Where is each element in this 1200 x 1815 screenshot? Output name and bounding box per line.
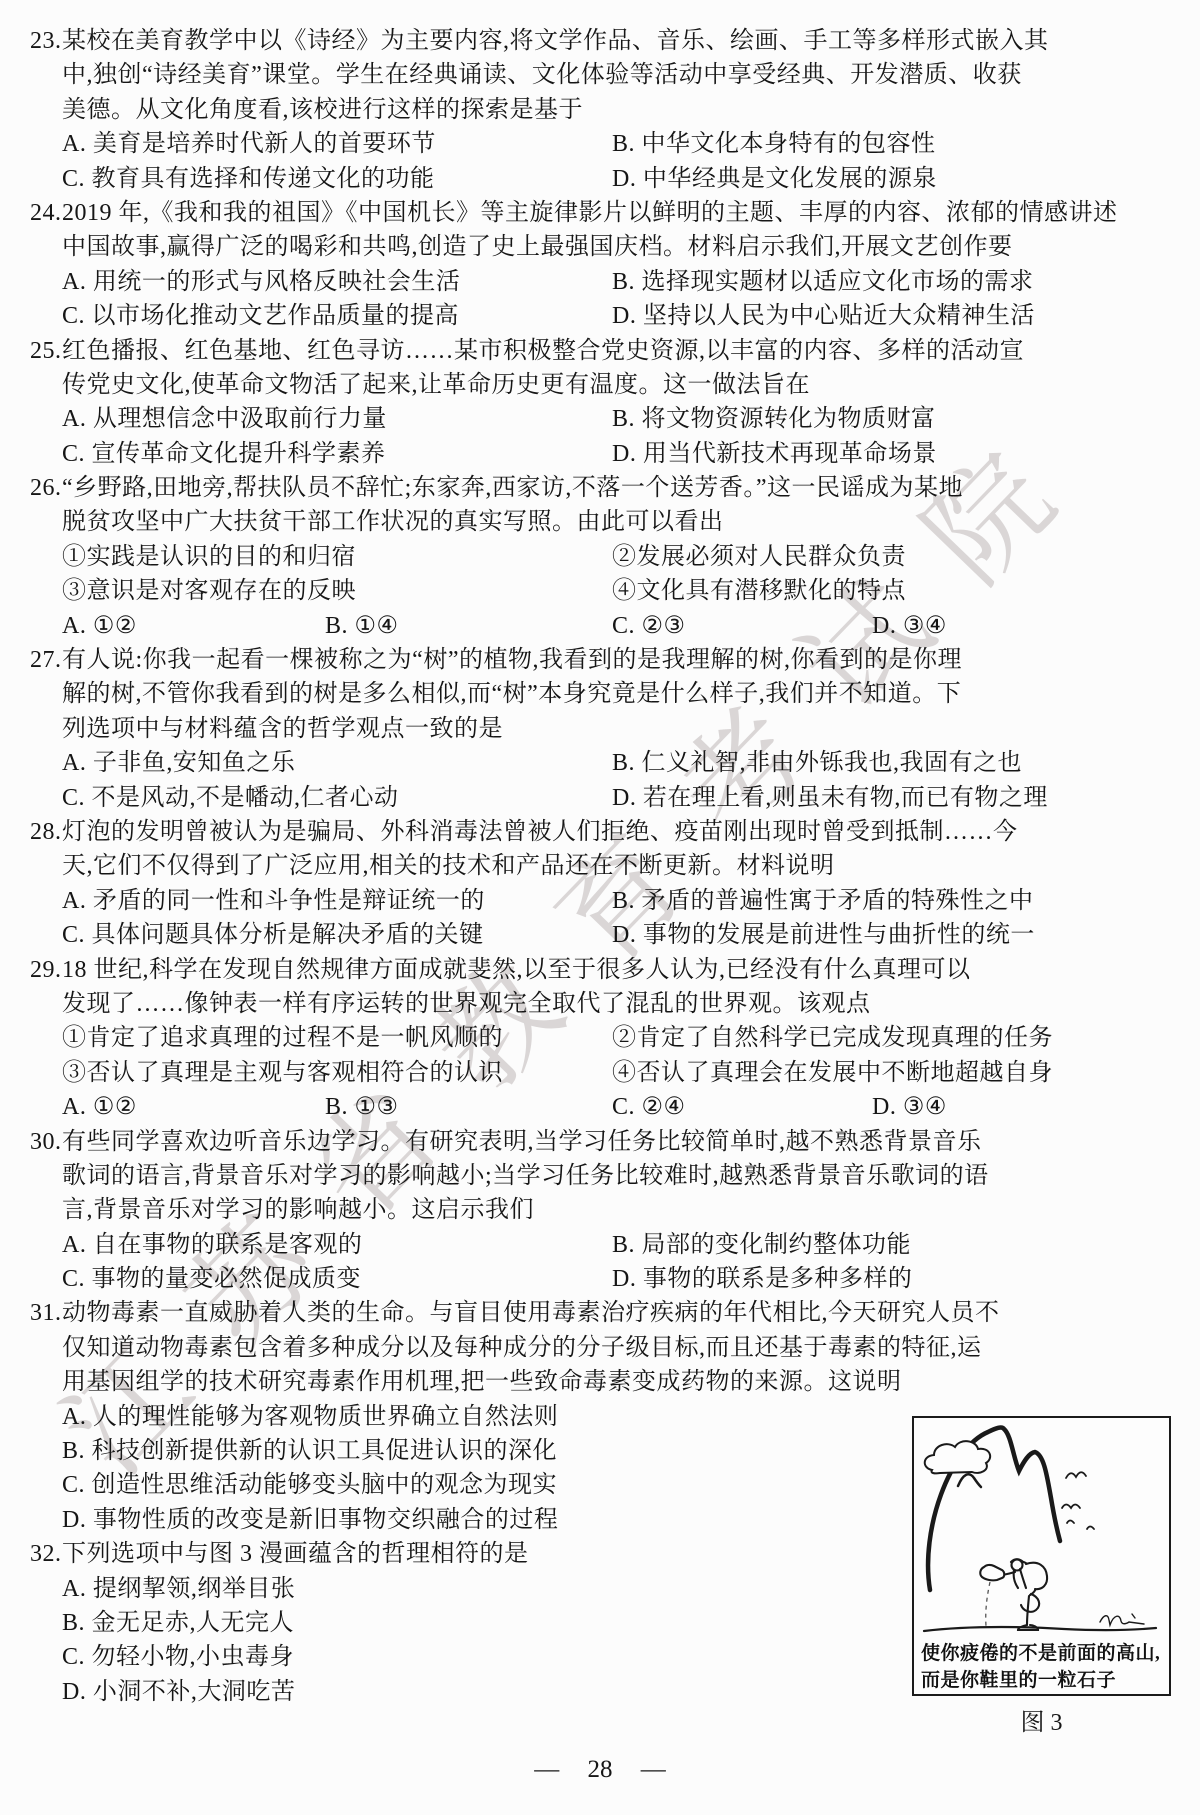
stone-trail-icon: [986, 1582, 990, 1626]
question-24-line-1: 中国故事,赢得广泛的喝彩和共鸣,创造了史上最强国庆档。材料启示我们,开展文艺创作…: [30, 230, 1075, 264]
question-24-stem-text: 2019 年,《我和我的祖国》《中国机长》等主旋律影片以鲜明的主题、丰厚的内容、…: [62, 196, 1118, 230]
question-23-line-1: 中,独创“诗经美育”课堂。学生在经典诵读、文化体验等活动中享受经典、开发潜质、收…: [30, 58, 1075, 92]
question-29-text-line: 发现了……像钟表一样有序运转的世界观完全取代了混乱的世界观。该观点: [62, 987, 871, 1021]
question-23-option-right: D. 中华经典是文化发展的源泉: [612, 162, 937, 196]
question-29-line-1: 发现了……像钟表一样有序运转的世界观完全取代了混乱的世界观。该观点: [30, 987, 1075, 1021]
question-29-option-left: ③否认了真理是主观与客观相符合的认识: [62, 1056, 503, 1090]
question-30-number: 30.: [30, 1125, 62, 1159]
question-32-text-line: D. 小洞不补,大洞吃苦: [62, 1675, 295, 1709]
question-31-number: 31.: [30, 1296, 62, 1330]
question-31-text-line: C. 创造性思维活动能够变头脑中的观念为现实: [62, 1468, 557, 1502]
question-27-text-line: 列选项中与材料蕴含的哲学观点一致的是: [62, 712, 503, 746]
question-30-option-left: C. 事物的量变必然促成质变: [62, 1262, 361, 1296]
question-26-line-2: ①实践是认识的目的和归宿②发展必须对人民群众负责: [30, 540, 1075, 574]
question-30-line-3: A. 自在事物的联系是客观的B. 局部的变化制约整体功能: [30, 1228, 1075, 1262]
question-28-stem-text: 灯泡的发明曾被认为是骗局、外科消毒法曾被人们拒绝、疫苗刚出现时曾受到抵制……今: [62, 815, 1018, 849]
question-31-text-line: 仅知道动物毒素包含着多种成分以及每种成分的分子级目标,而且还基于毒素的特征,运: [62, 1331, 982, 1365]
question-25-line-2: A. 从理想信念中汲取前行力量B. 将文物资源转化为物质财富: [30, 402, 1075, 436]
question-31-text-line: B. 科技创新提供新的认识工具促进认识的深化: [62, 1434, 557, 1468]
figure-caption-line-1: 使你疲倦的不是前面的高山,: [921, 1638, 1160, 1665]
question-32-number: 32.: [30, 1537, 62, 1571]
question-23-text-line: 中,独创“诗经美育”课堂。学生在经典诵读、文化体验等活动中享受经典、开发潜质、收…: [62, 58, 1022, 92]
question-29-line-4: A. ①②B. ①③C. ②④D. ③④: [30, 1090, 1075, 1124]
question-30-option-right: D. 事物的联系是多种多样的: [612, 1262, 912, 1296]
question-31-stem-text: 动物毒素一直威胁着人类的生命。与盲目使用毒素治疗疾病的年代相比,今天研究人员不: [62, 1296, 1000, 1330]
question-25-line-1: 传党史文化,使革命文物活了起来,让革命历史更有温度。这一做法旨在: [30, 368, 1075, 402]
question-29-number: 29.: [30, 953, 62, 987]
question-25-option-left: C. 宣传革命文化提升科学素养: [62, 437, 386, 471]
question-30-line-4: C. 事物的量变必然促成质变D. 事物的联系是多种多样的: [30, 1262, 1075, 1296]
exam-page: 江苏省教育考试院 23.某校在美育教学中以《诗经》为主要内容,将文学作品、音乐、…: [0, 0, 1200, 1815]
question-26-number: 26.: [30, 471, 62, 505]
question-27-line-2: 列选项中与材料蕴含的哲学观点一致的是: [30, 712, 1075, 746]
figure-label: 图 3: [912, 1702, 1171, 1737]
question-27-text-line: 解的树,不管你我看到的树是多么相似,而“树”本身究竟是什么样子,我们并不知道。下: [62, 677, 961, 711]
question-25-stem-text: 红色播报、红色基地、红色寻访……某市积极整合党史资源,以丰富的内容、多样的活动宣: [62, 334, 1024, 368]
question-29-answer-choice-2: C. ②④: [612, 1090, 686, 1124]
question-23-line-3: A. 美育是培养时代新人的首要环节B. 中华文化本身特有的包容性: [30, 127, 1075, 161]
question-30-line-0: 30.有些同学喜欢边听音乐边学习。有研究表明,当学习任务比较简单时,越不熟悉背景…: [30, 1125, 1075, 1159]
figure-caption-line-2: 而是你鞋里的一粒石子: [921, 1665, 1116, 1692]
question-25-option-right: B. 将文物资源转化为物质财富: [612, 402, 936, 436]
artist-signature-icon: [1100, 1614, 1144, 1625]
question-25-text-line: 传党史文化,使革命文物活了起来,让革命历史更有温度。这一做法旨在: [62, 368, 810, 402]
question-31-text-line: 用基因组学的技术研究毒素作用机理,把一些致命毒素变成药物的来源。这说明: [62, 1365, 902, 1399]
question-26-text-line: 脱贫攻坚中广大扶贫干部工作状况的真实写照。由此可以看出: [62, 505, 724, 539]
cartoon-drawing: [914, 1418, 1168, 1634]
question-27-option-right: D. 若在理上看,则虽未有物,而已有物之理: [612, 781, 1048, 815]
question-27-line-1: 解的树,不管你我看到的树是多么相似,而“树”本身究竟是什么样子,我们并不知道。下: [30, 677, 1075, 711]
question-25-number: 25.: [30, 334, 62, 368]
question-26-answer-choice-3: D. ③④: [872, 609, 947, 643]
question-24-option-right: D. 坚持以人民为中心贴近大众精神生活: [612, 299, 1035, 333]
question-29-answer-choice-3: D. ③④: [872, 1090, 947, 1124]
question-24-option-right: B. 选择现实题材以适应文化市场的需求: [612, 265, 1034, 299]
question-26-option-right: ④文化具有潜移默化的特点: [612, 574, 906, 608]
ground-icon: [924, 1627, 1156, 1631]
page-number: — 28 —: [0, 1756, 1200, 1784]
question-23-line-2: 美德。从文化角度看,该校进行这样的探索是基于: [30, 93, 1075, 127]
question-29-option-left: ①肯定了追求真理的过程不是一帆风顺的: [62, 1021, 503, 1055]
question-30-stem-text: 有些同学喜欢边听音乐边学习。有研究表明,当学习任务比较简单时,越不熟悉背景音乐: [62, 1125, 982, 1159]
question-26-stem-text: “乡野路,田地旁,帮扶队员不辞忙;东家奔,西家访,不落一个送芳香。”这一民谣成为…: [62, 471, 963, 505]
birds-icon: [1062, 1472, 1094, 1529]
hiker-emptying-shoe-icon: [980, 1559, 1047, 1630]
question-23-line-4: C. 教育具有选择和传递文化的功能D. 中华经典是文化发展的源泉: [30, 162, 1075, 196]
question-27-line-0: 27.有人说:你我一起看一棵被称之为“树”的植物,我看到的是我理解的树,你看到的…: [30, 643, 1075, 677]
question-26-answer-choice-0: A. ①②: [62, 609, 137, 643]
question-23-stem-text: 某校在美育教学中以《诗经》为主要内容,将文学作品、音乐、绘画、手工等多样形式嵌入…: [62, 24, 1049, 58]
question-26-line-0: 26.“乡野路,田地旁,帮扶队员不辞忙;东家奔,西家访,不落一个送芳香。”这一民…: [30, 471, 1075, 505]
question-28-text-line: 天,它们不仅得到了广泛应用,相关的技术和产品还在不断更新。材料说明: [62, 849, 835, 883]
question-23-number: 23.: [30, 24, 62, 58]
question-27-line-4: C. 不是风动,不是幡动,仁者心动D. 若在理上看,则虽未有物,而已有物之理: [30, 781, 1075, 815]
question-27-line-3: A. 子非鱼,安知鱼之乐B. 仁义礼智,非由外铄我也,我固有之也: [30, 746, 1075, 780]
question-27-option-right: B. 仁义礼智,非由外铄我也,我固有之也: [612, 746, 1022, 780]
figure-3-cartoon: 使你疲倦的不是前面的高山, 而是你鞋里的一粒石子: [912, 1416, 1171, 1696]
question-31-line-0: 31.动物毒素一直威胁着人类的生命。与盲目使用毒素治疗疾病的年代相比,今天研究人…: [30, 1296, 1075, 1330]
question-25-line-3: C. 宣传革命文化提升科学素养D. 用当代新技术再现革命场景: [30, 437, 1075, 471]
question-28-line-0: 28.灯泡的发明曾被认为是骗局、外科消毒法曾被人们拒绝、疫苗刚出现时曾受到抵制……: [30, 815, 1075, 849]
question-30-text-line: 言,背景音乐对学习的影响越小。这启示我们: [62, 1193, 534, 1227]
question-32-text-line: B. 金无足赤,人无完人: [62, 1606, 294, 1640]
question-29-line-3: ③否认了真理是主观与客观相符合的认识④否认了真理会在发展中不断地超越自身: [30, 1056, 1075, 1090]
question-26-line-4: A. ①②B. ①④C. ②③D. ③④: [30, 609, 1075, 643]
question-30-line-1: 歌词的语言,背景音乐对学习的影响越小;当学习任务比较难时,越熟悉背景音乐歌词的语: [30, 1159, 1075, 1193]
question-30-line-2: 言,背景音乐对学习的影响越小。这启示我们: [30, 1193, 1075, 1227]
question-31-text-line: D. 事物性质的改变是新旧事物交织融合的过程: [62, 1503, 558, 1537]
question-23-line-0: 23.某校在美育教学中以《诗经》为主要内容,将文学作品、音乐、绘画、手工等多样形…: [30, 24, 1075, 58]
question-24-number: 24.: [30, 196, 62, 230]
question-27-stem-text: 有人说:你我一起看一棵被称之为“树”的植物,我看到的是我理解的树,你看到的是你理: [62, 643, 962, 677]
question-29-answer-choice-0: A. ①②: [62, 1090, 137, 1124]
question-28-line-2: A. 矛盾的同一性和斗争性是辩证统一的B. 矛盾的普遍性寓于矛盾的特殊性之中: [30, 884, 1075, 918]
question-32-stem-text: 下列选项中与图 3 漫画蕴含的哲理相符的是: [62, 1537, 529, 1571]
question-28-option-left: A. 矛盾的同一性和斗争性是辩证统一的: [62, 884, 485, 918]
question-26-answer-choice-2: C. ②③: [612, 609, 686, 643]
question-24-option-left: A. 用统一的形式与风格反映社会生活: [62, 265, 460, 299]
question-25-option-right: D. 用当代新技术再现革命场景: [612, 437, 937, 471]
question-28-line-3: C. 具体问题具体分析是解决矛盾的关键D. 事物的发展是前进性与曲折性的统一: [30, 918, 1075, 952]
question-24-line-3: C. 以市场化推动文艺作品质量的提高D. 坚持以人民为中心贴近大众精神生活: [30, 299, 1075, 333]
question-23-text-line: 美德。从文化角度看,该校进行这样的探索是基于: [62, 93, 583, 127]
question-27-number: 27.: [30, 643, 62, 677]
question-29-line-2: ①肯定了追求真理的过程不是一帆风顺的②肯定了自然科学已完成发现真理的任务: [30, 1021, 1075, 1055]
question-26-option-right: ②发展必须对人民群众负责: [612, 540, 906, 574]
question-30-option-left: A. 自在事物的联系是客观的: [62, 1228, 362, 1262]
question-32-text-line: C. 勿轻小物,小虫毒身: [62, 1640, 294, 1674]
question-31-text-line: A. 人的理性能够为客观物质世界确立自然法则: [62, 1400, 558, 1434]
question-29-option-right: ②肯定了自然科学已完成发现真理的任务: [612, 1021, 1053, 1055]
question-26-line-1: 脱贫攻坚中广大扶贫干部工作状况的真实写照。由此可以看出: [30, 505, 1075, 539]
question-31-line-2: 用基因组学的技术研究毒素作用机理,把一些致命毒素变成药物的来源。这说明: [30, 1365, 1075, 1399]
question-29-stem-text: 18 世纪,科学在发现自然规律方面成就斐然,以至于很多人认为,已经没有什么真理可…: [62, 953, 971, 987]
question-26-answer-choice-1: B. ①④: [325, 609, 399, 643]
question-26-option-left: ③意识是对客观存在的反映: [62, 574, 356, 608]
question-26-line-3: ③意识是对客观存在的反映④文化具有潜移默化的特点: [30, 574, 1075, 608]
question-24-line-2: A. 用统一的形式与风格反映社会生活B. 选择现实题材以适应文化市场的需求: [30, 265, 1075, 299]
question-28-option-right: D. 事物的发展是前进性与曲折性的统一: [612, 918, 1035, 952]
question-23-option-right: B. 中华文化本身特有的包容性: [612, 127, 936, 161]
question-25-line-0: 25.红色播报、红色基地、红色寻访……某市积极整合党史资源,以丰富的内容、多样的…: [30, 334, 1075, 368]
small-peak-icon: [958, 1474, 981, 1487]
question-30-option-right: B. 局部的变化制约整体功能: [612, 1228, 911, 1262]
question-24-line-0: 24.2019 年,《我和我的祖国》《中国机长》等主旋律影片以鲜明的主题、丰厚的…: [30, 196, 1075, 230]
question-24-option-left: C. 以市场化推动文艺作品质量的提高: [62, 299, 459, 333]
question-25-option-left: A. 从理想信念中汲取前行力量: [62, 402, 387, 436]
question-28-number: 28.: [30, 815, 62, 849]
question-23-option-left: A. 美育是培养时代新人的首要环节: [62, 127, 436, 161]
question-27-option-left: A. 子非鱼,安知鱼之乐: [62, 746, 295, 780]
question-29-line-0: 29.18 世纪,科学在发现自然规律方面成就斐然,以至于很多人认为,已经没有什么…: [30, 953, 1075, 987]
question-29-option-right: ④否认了真理会在发展中不断地超越自身: [612, 1056, 1053, 1090]
question-31-line-1: 仅知道动物毒素包含着多种成分以及每种成分的分子级目标,而且还基于毒素的特征,运: [30, 1331, 1075, 1365]
question-28-option-left: C. 具体问题具体分析是解决矛盾的关键: [62, 918, 484, 952]
question-29-answer-choice-1: B. ①③: [325, 1090, 399, 1124]
question-26-option-left: ①实践是认识的目的和归宿: [62, 540, 356, 574]
question-32-text-line: A. 提纲挈领,纲举目张: [62, 1572, 295, 1606]
question-23-option-left: C. 教育具有选择和传递文化的功能: [62, 162, 435, 196]
cloud-icon: [925, 1441, 990, 1473]
question-28-line-1: 天,它们不仅得到了广泛应用,相关的技术和产品还在不断更新。材料说明: [30, 849, 1075, 883]
question-30-text-line: 歌词的语言,背景音乐对学习的影响越小;当学习任务比较难时,越熟悉背景音乐歌词的语: [62, 1159, 989, 1193]
question-24-text-line: 中国故事,赢得广泛的喝彩和共鸣,创造了史上最强国庆档。材料启示我们,开展文艺创作…: [62, 230, 1013, 264]
question-27-option-left: C. 不是风动,不是幡动,仁者心动: [62, 781, 399, 815]
question-28-option-right: B. 矛盾的普遍性寓于矛盾的特殊性之中: [612, 884, 1034, 918]
